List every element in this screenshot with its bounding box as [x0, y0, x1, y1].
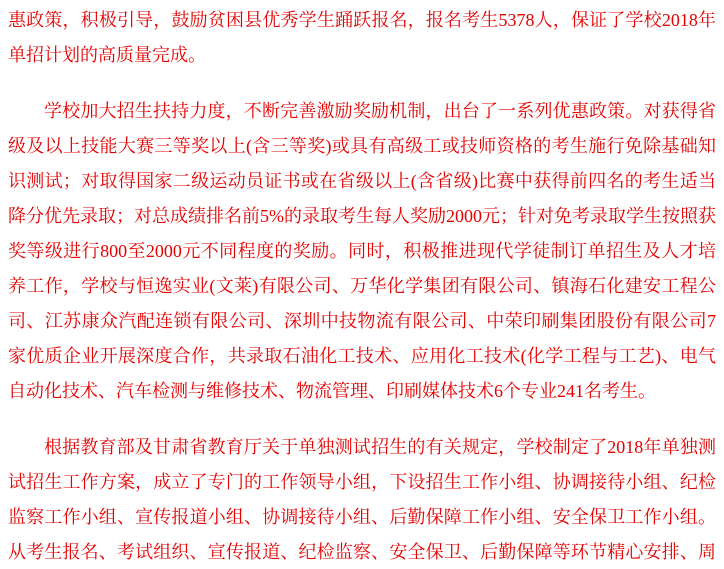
text-line: 监察工作小组、宣传报道小组、协调接待小组、后勤保障工作小组、安全保卫工作小组。 — [8, 500, 716, 535]
paragraph-2: 学校加大招生扶持力度，不断完善激励奖励机制，出台了一系列优惠政策。对获得省级及以… — [8, 94, 716, 409]
text-line: 家优质企业开展深度合作，共录取石油化工技术、应用化工技术(化学工程与工艺)、电气 — [8, 339, 716, 374]
text-line: 级及以上技能大赛三等奖以上(含三等奖)或具有高级工或技师资格的考生施行免除基础知 — [8, 129, 716, 164]
text-line: 单招计划的高质量完成。 — [8, 38, 716, 73]
text-line: 根据教育部及甘肃省教育厅关于单独测试招生的有关规定，学校制定了2018年单独测 — [8, 430, 716, 465]
text-line: 学校加大招生扶持力度，不断完善激励奖励机制，出台了一系列优惠政策。对获得省 — [8, 94, 716, 129]
text-line: 自动化技术、汽车检测与维修技术、物流管理、印刷媒体技术6个专业241名考生。 — [8, 374, 716, 409]
text-line: 从考生报名、考试组织、宣传报道、纪检监察、安全保卫、后勤保障等环节精心安排、周 — [8, 535, 716, 569]
text-line: 降分优先录取；对总成绩排名前5%的录取考生每人奖励2000元；针对免考录取学生按… — [8, 199, 716, 234]
document-body: 惠政策，积极引导，鼓励贫困县优秀学生踊跃报名，报名考生5378人，保证了学校20… — [8, 3, 716, 569]
paragraph-1: 惠政策，积极引导，鼓励贫困县优秀学生踊跃报名，报名考生5378人，保证了学校20… — [8, 3, 716, 73]
text-line: 奖等级进行800至2000元不同程度的奖励。同时，积极推进现代学徒制订单招生及人… — [8, 234, 716, 269]
text-line: 司、江苏康众汽配连锁有限公司、深圳中技物流有限公司、中荣印刷集团股份有限公司7 — [8, 304, 716, 339]
text-line: 识测试；对取得国家二级运动员证书或在省级以上(含省级)比赛中获得前四名的考生适当 — [8, 164, 716, 199]
document-page: 惠政策，积极引导，鼓励贫困县优秀学生踊跃报名，报名考生5378人，保证了学校20… — [0, 0, 724, 569]
text-line: 养工作，学校与恒逸实业(文莱)有限公司、万华化学集团有限公司、镇海石化建安工程公 — [8, 269, 716, 304]
paragraph-3: 根据教育部及甘肃省教育厅关于单独测试招生的有关规定，学校制定了2018年单独测试… — [8, 430, 716, 569]
text-line: 试招生工作方案，成立了专门的工作领导小组，下设招生工作小组、协调接待小组、纪检 — [8, 465, 716, 500]
text-line: 惠政策，积极引导，鼓励贫困县优秀学生踊跃报名，报名考生5378人，保证了学校20… — [8, 3, 716, 38]
